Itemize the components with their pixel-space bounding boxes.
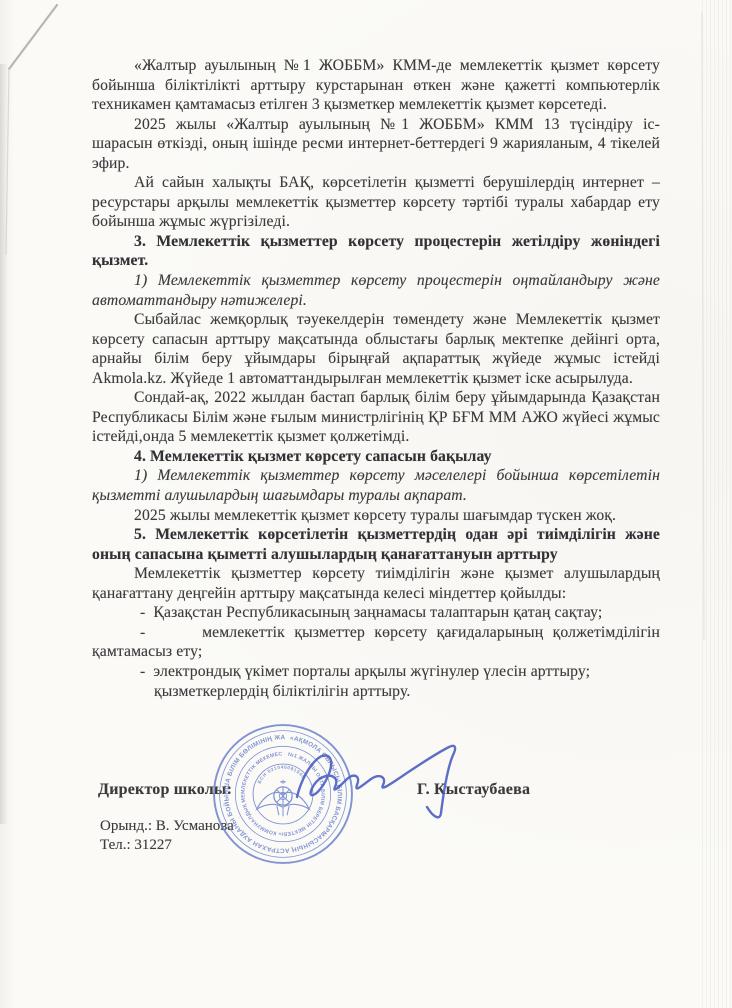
document-page: «Жалтыр ауылының №1 ЖОББМ» КММ-де мемлек… [0, 0, 732, 1008]
paragraph: 1) Мемлекеттік қызметтер көрсету мәселел… [92, 466, 660, 505]
page-fold-line [9, 5, 57, 69]
paragraph: 1) Мемлекеттік қызметтер көрсету процест… [92, 271, 660, 310]
paragraph: 5. Мемлекеттік көрсетілетін қызметтердің… [92, 525, 660, 564]
paragraph: «Жалтыр ауылының №1 ЖОББМ» КММ-де мемлек… [92, 56, 660, 115]
paragraph: - Қазақстан Республикасының заңнамасы та… [92, 603, 660, 623]
signature-stroke [297, 746, 455, 817]
document-body: «Жалтыр ауылының №1 ЖОББМ» КММ-де мемлек… [92, 56, 660, 701]
signature-scribble [283, 740, 483, 830]
paragraph: қызметкерлердің біліктілігін арттыру. [92, 682, 660, 702]
paragraph: 3. Мемлекеттік қызметтер көрсету процест… [92, 232, 660, 271]
paragraph: - мемлекеттік қызметтер көрсету қағидала… [92, 623, 660, 662]
phone-line: Тел.: 31227 [100, 837, 172, 854]
paragraph: - электрондық үкімет порталы арқылы жүгі… [92, 662, 660, 682]
paragraph: Сондай-ақ, 2022 жылдан бастап барлық біл… [92, 388, 660, 447]
paragraph: 4. Мемлекеттік қызмет көрсету сапасын ба… [92, 447, 660, 467]
paragraph: Ай сайын халықты БАҚ, көрсетілетін қызме… [92, 173, 660, 232]
paragraph: Сыбайлас жемқорлық тәуекелдерін төмендет… [92, 310, 660, 388]
paragraph: 2025 жылы мемлекеттік қызмет көрсету тур… [92, 506, 660, 526]
paragraph: Мемлекеттік қызметтер көрсету тиімділігі… [92, 564, 660, 603]
paragraph: 2025 жылы «Жалтыр ауылының №1 ЖОББМ» КММ… [92, 115, 660, 174]
